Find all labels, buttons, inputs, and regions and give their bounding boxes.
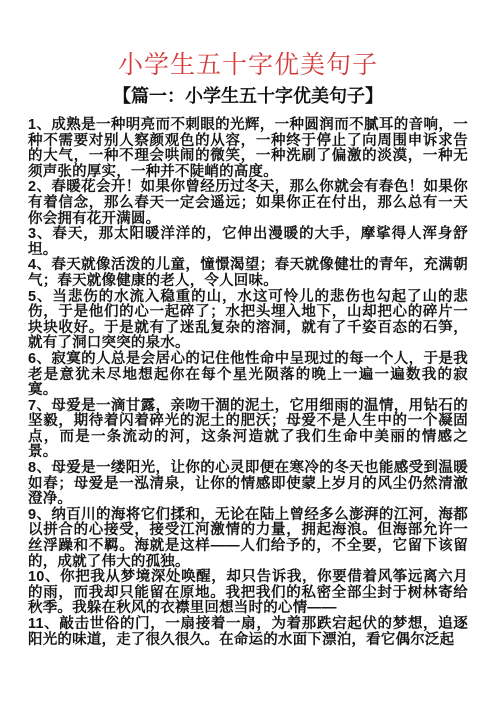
paragraph: 11、敲击世俗的门，一扇接着一扇，为着那跌宕起伏的梦想，追逐阳光的味道，走了很久… [28, 617, 468, 648]
paragraph: 7、母爱是一滴甘露，亲吻干涸的泥土，它用细雨的温情，用钻石的坚毅，期待着闪着碎光… [28, 399, 468, 461]
paragraph: 9、纳百川的海将它们揉和，无论在陆上曾经多么澎湃的江河，海都以拼合的心接受，接受… [28, 508, 468, 570]
paragraph: 8、母爱是一缕阳光，让你的心灵即便在寒冷的冬天也能感受到温暖如春；母爱是一泓清泉… [28, 461, 468, 508]
paragraph: 10、你把我从梦境深处唤醒，却只告诉我，你要借着风筝远离六月的雨，而我却只能留在… [28, 570, 468, 617]
document-body: 1、成熟是一种明亮而不刺眼的光辉，一种圆润而不腻耳的音响，一种不需要对别人察颜观… [28, 118, 468, 648]
document-title: 小学生五十字优美句子 [28, 50, 468, 82]
paragraph: 4、春天就像活泼的儿童，憧憬渴望；春天就像健壮的青年，充满朝气；春天就像健康的老… [28, 258, 468, 289]
paragraph: 6、寂寞的人总是会居心的记住他性命中呈现过的每一个人，于是我老是意犹未尽地想起你… [28, 352, 468, 399]
document-page: 小学生五十字优美句子 【篇一：小学生五十字优美句子】 1、成熟是一种明亮而不刺眼… [0, 0, 496, 702]
paragraph: 1、成熟是一种明亮而不刺眼的光辉，一种圆润而不腻耳的音响，一种不需要对别人察颜观… [28, 118, 468, 180]
section-heading: 【篇一：小学生五十字优美句子】 [28, 84, 468, 108]
paragraph: 3、春天，那太阳暖洋洋的，它伸出漫暖的大手，摩挲得人浑身舒坦。 [28, 227, 468, 258]
paragraph: 5、当悲伤的水流入稳重的山，水这可怜儿的悲伤也勾起了山的悲伤，于是他们的心一起碎… [28, 290, 468, 352]
paragraph: 2、春暖花会开！如果你曾经历过冬天，那么你就会有春色！如果你有着信念，那么春天一… [28, 180, 468, 227]
